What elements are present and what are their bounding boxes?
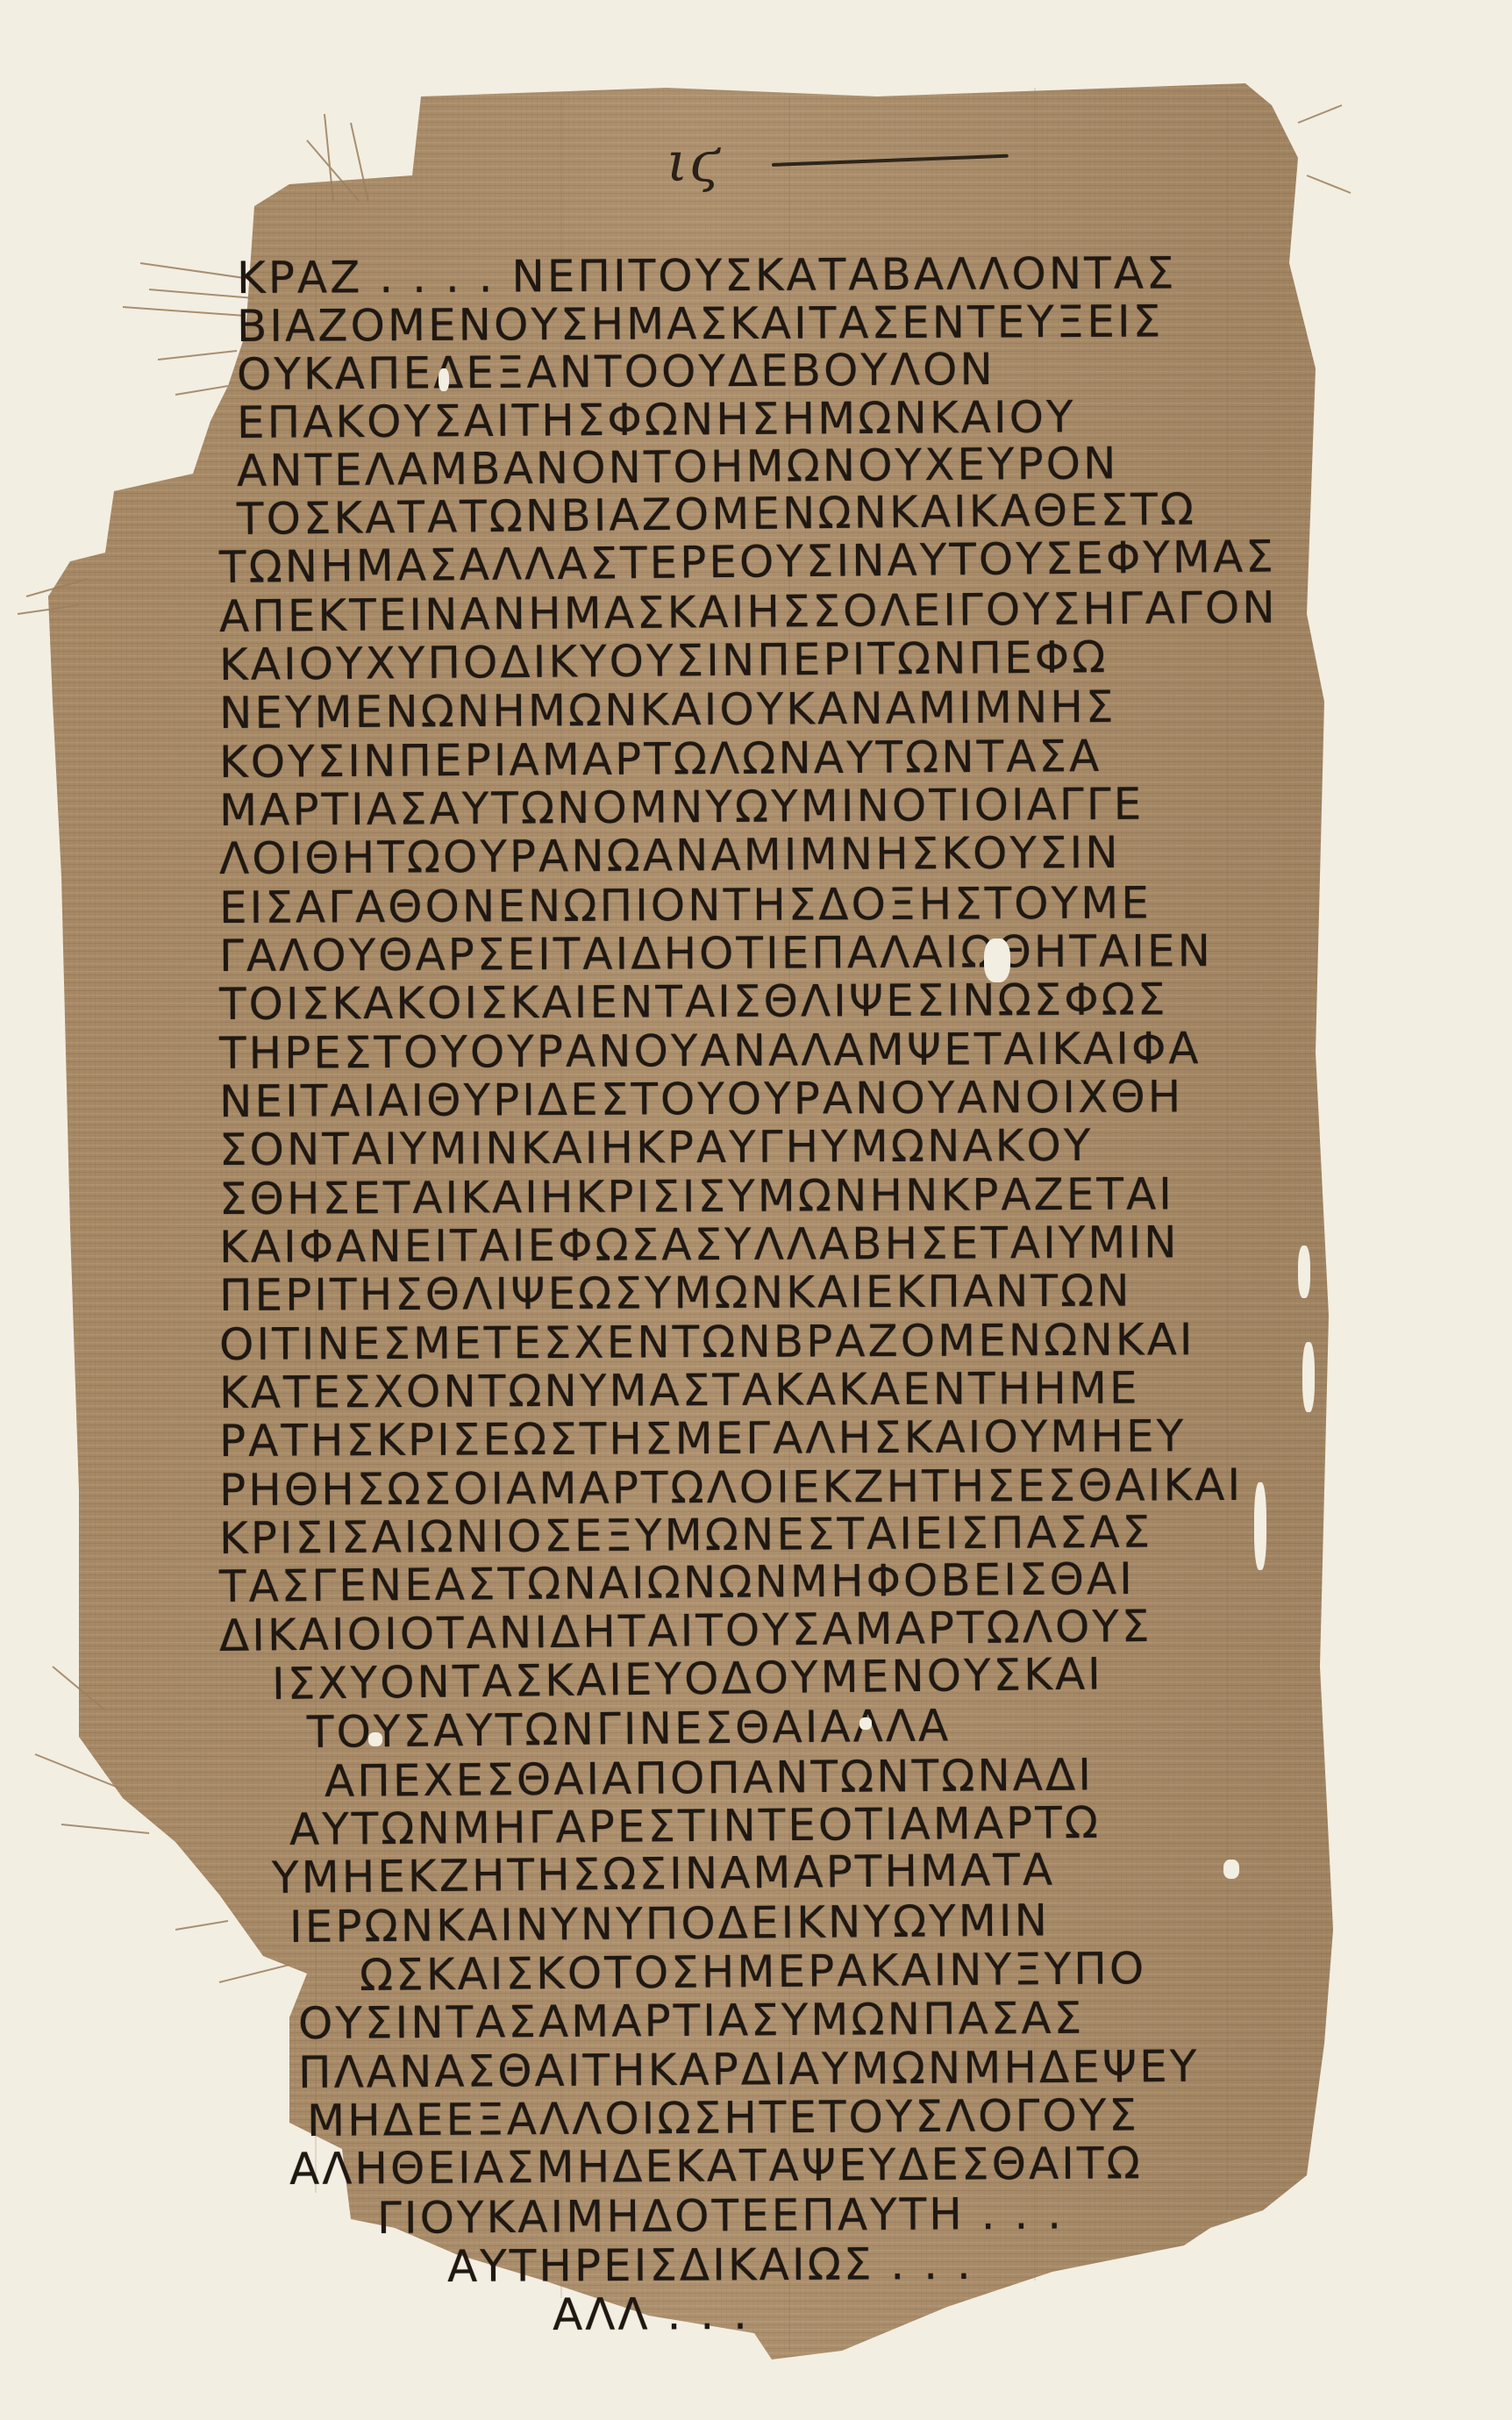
- text-line: ΒΙΑΖΟΜΕΝΟΥΣΗΜΑΣΚΑΙΤΑΣΕΝΤΕΥΞΕΙΣ: [237, 297, 1164, 350]
- text-line: ΡΑΤΗΣΚΡΙΣΕΩΣΤΗΣΜΕΓΑΛΗΣΚΑΙΟΥΜΗΕΥ: [219, 1412, 1186, 1465]
- text-line: ΜΑΡΤΙΑΣΑΥΤΩΝΟΜΝΥΩΥΜΙΝΟΤΙΟΙΑΓΓΕ: [219, 781, 1145, 834]
- text-line: ΠΕΡΙΤΗΣΘΛΙΨΕΩΣΥΜΩΝΚΑΙΕΚΠΑΝΤΩΝ: [219, 1267, 1132, 1319]
- text-line: ΛΟΙΘΗΤΩΟΥΡΑΝΩΑΝΑΜΙΜΝΗΣΚΟΥΣΙΝ: [219, 829, 1121, 882]
- folio-number: ιϛ: [667, 130, 722, 194]
- text-line: ΝΕΥΜΕΝΩΝΗΜΩΝΚΑΙΟΥΚΑΝΑΜΙΜΝΗΣ: [219, 683, 1116, 737]
- text-line: ΙΣΧΥΟΝΤΑΣΚΑΙΕΥΟΔΟΥΜΕΝΟΥΣΚΑΙ: [272, 1650, 1104, 1708]
- papyrus-hole: [859, 1717, 872, 1730]
- papyrus-hole: [439, 368, 449, 391]
- photograph: ιϛ ΚΡΑΖ . . . . ΝΕΠΙΤΟΥΣΚΑΤΑΒΑΛΛΟΝΤΑΣ ΒΙ…: [0, 0, 1512, 2420]
- text-line: ΑΛΗΘΕΙΑΣΜΗΔΕΚΑΤΑΨΕΥΔΕΣΘΑΙΤΩ: [289, 2139, 1143, 2193]
- text-line: ΤΗΡΕΣΤΟΥΟΥΡΑΝΟΥΑΝΑΛΑΜΨΕΤΑΙΚΑΙΦΑ: [219, 1024, 1202, 1077]
- text-line: ΩΣΚΑΙΣΚΟΤΟΣΗΜΕΡΑΚΑΙΝΥΞΥΠΟ: [360, 1945, 1147, 1999]
- text-line: ΡΗΘΗΣΩΣΟΙΑΜΑΡΤΩΛΟΙΕΚΖΗΤΗΣΕΣΘΑΙΚΑΙ: [219, 1461, 1243, 1514]
- text-line: ΚΡΑΖ . . . . ΝΕΠΙΤΟΥΣΚΑΤΑΒΑΛΛΟΝΤΑΣ: [237, 249, 1177, 302]
- papyrus-hole: [1254, 1482, 1266, 1570]
- papyrus-hole: [1302, 1342, 1315, 1412]
- text-line: ΟΥΚΑΠΕΔΕΞΑΝΤΟΟΥΔΕΒΟΥΛΟΝ: [237, 346, 995, 398]
- text-line: ΚΑΙΦΑΝΕΙΤΑΙΕΦΩΣΑΣΥΛΛΑΒΗΣΕΤΑΙΥΜΙΝ: [219, 1218, 1180, 1271]
- text-line: ΥΜΗΕΚΖΗΤΗΣΩΣΙΝΑΜΑΡΤΗΜΑΤΑ: [272, 1846, 1056, 1902]
- text-line: ΑΛΛ . . .: [553, 2290, 750, 2338]
- papyrus-hole: [1298, 268, 1310, 287]
- papyrus-hole: [1298, 1246, 1310, 1298]
- text-line: ΜΗΔΕΕΞΑΛΛΟΙΩΣΗΤΕΤΟΥΣΛΟΓΟΥΣ: [307, 2091, 1139, 2145]
- text-line: ΤΟΥΣΑΥΤΩΝΓΙΝΕΣΘΑΙΑΛΛΑ: [307, 1702, 952, 1756]
- text-line: ΕΠΑΚΟΥΣΑΙΤΗΣΦΩΝΗΣΗΜΩΝΚΑΙΟΥ: [237, 393, 1076, 446]
- papyrus-hole: [1223, 1860, 1239, 1879]
- text-line: ΤΟΙΣΚΑΚΟΙΣΚΑΙΕΝΤΑΙΣΘΛΙΨΕΣΙΝΩΣΦΩΣ: [219, 975, 1168, 1028]
- text-line: ΠΛΑΝΑΣΘΑΙΤΗΚΑΡΔΙΑΥΜΩΝΜΗΔΕΨΕΥ: [298, 2043, 1200, 2096]
- papyrus-hole: [368, 1732, 382, 1746]
- text-line: ΚΟΥΣΙΝΠΕΡΙΑΜΑΡΤΩΛΩΝΑΥΤΩΝΤΑΣΑ: [219, 732, 1102, 786]
- text-line: ΟΥΣΙΝΤΑΣΑΜΑΡΤΙΑΣΥΜΩΝΠΑΣΑΣ: [298, 1995, 1085, 2047]
- text-line: ΓΑΛΟΥΘΑΡΣΕΙΤΑΙΔΗΟΤΙΕΠΑΛΑΙΩΘΗΤΑΙΕΝ: [219, 927, 1213, 980]
- text-line: ΚΑΙΟΥΧΥΠΟΔΙΚΥΟΥΣΙΝΠΕΡΙΤΩΝΠΕΦΩ: [219, 633, 1109, 689]
- text-line: ΕΙΣΑΓΑΘΟΝΕΝΩΠΙΟΝΤΗΣΔΟΞΗΣΤΟΥΜΕ: [219, 879, 1152, 932]
- text-line: ΝΕΙΤΑΙΑΙΘΥΡΙΔΕΣΤΟΥΟΥΡΑΝΟΥΑΝΟΙΧΘΗ: [219, 1073, 1184, 1125]
- text-line: ΑΠΕΧΕΣΘΑΙΑΠΟΠΑΝΤΩΝΤΩΝΑΔΙ: [325, 1751, 1094, 1805]
- text-line: ΙΕΡΩΝΚΑΙΝΥΝΥΠΟΔΕΙΚΝΥΩΥΜΙΝ: [289, 1896, 1050, 1951]
- text-line: ΣΟΝΤΑΙΥΜΙΝΚΑΙΗΚΡΑΥΓΗΥΜΩΝΑΚΟΥ: [219, 1122, 1094, 1174]
- text-line: ΟΙΤΙΝΕΣΜΕΤΕΣΧΕΝΤΩΝΒΡΑΖΟΜΕΝΩΝΚΑΙ: [219, 1316, 1195, 1368]
- text-line: ΑΥΤΗΡΕΙΣΔΙΚΑΙΩΣ . . .: [447, 2240, 974, 2290]
- text-line: ΓΙΟΥΚΑΙΜΗΔΟΤΕΕΠΑΥΤΗ . . .: [377, 2190, 1064, 2242]
- text-line: ΚΑΤΕΣΧΟΝΤΩΝΥΜΑΣΤΑΚΑΚΑΕΝΤΗΗΜΕ: [219, 1365, 1140, 1417]
- text-line: ΣΘΗΣΕΤΑΙΚΑΙΗΚΡΙΣΙΣΥΜΩΝΗΝΚΡΑΖΕΤΑΙ: [219, 1170, 1174, 1223]
- papyrus-hole: [984, 939, 1010, 982]
- text-line: ΤΩΝΗΜΑΣΑΛΛΑΣΤΕΡΕΟΥΣΙΝΑΥΤΟΥΣΕΦΥΜΑΣ: [219, 532, 1276, 591]
- text-line: ΑΠΕΚΤΕΙΝΑΝΗΜΑΣΚΑΙΗΣΣΟΛΕΙΓΟΥΣΗΓΑΓΟΝ: [219, 583, 1278, 640]
